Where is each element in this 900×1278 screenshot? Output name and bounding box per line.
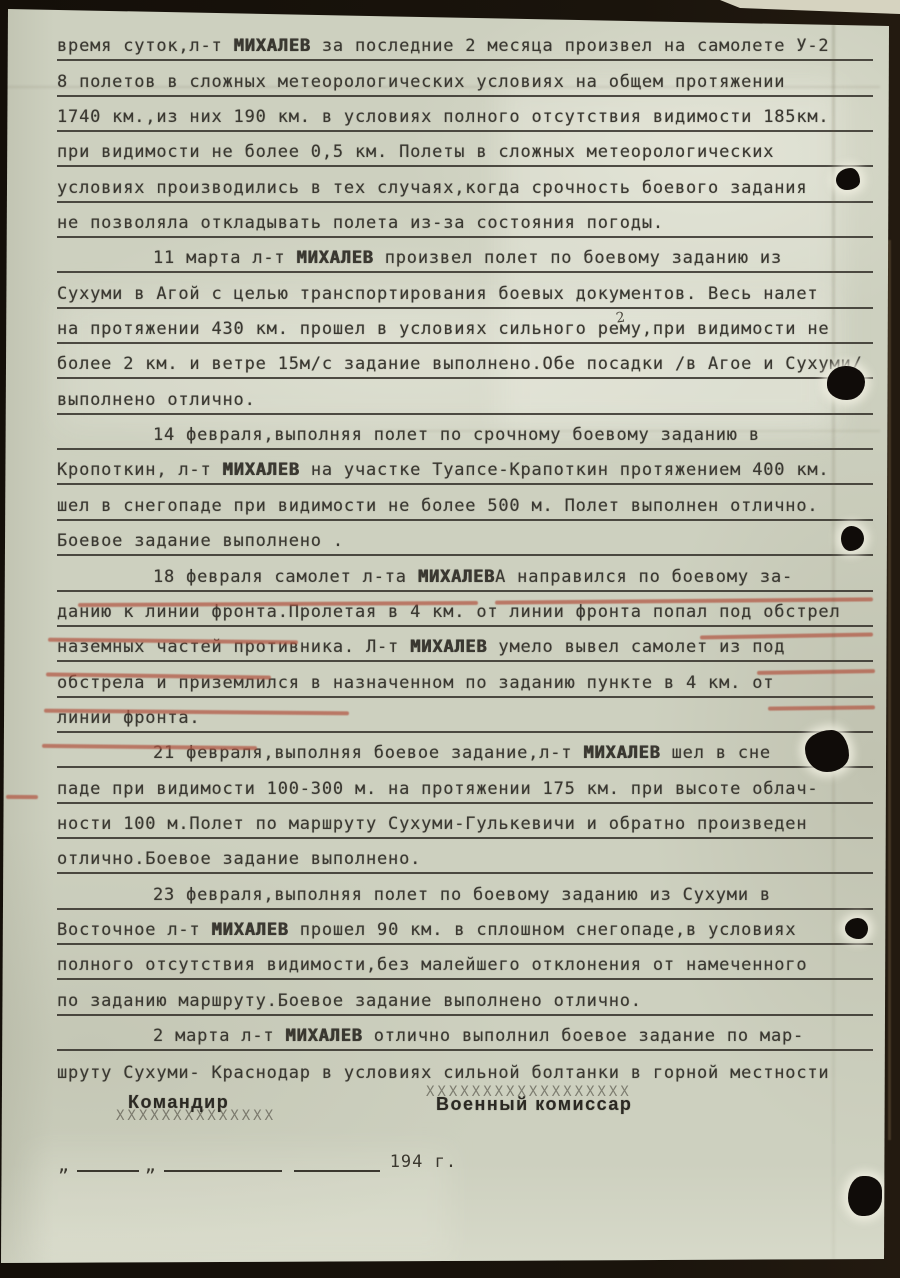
text-line: 8 полетов в сложных метеорологических ус… — [57, 61, 873, 96]
text-line: на протяжении 430 км. прошел в условиях … — [57, 309, 873, 344]
punch-hole — [848, 1176, 882, 1216]
quote-mark: „ — [145, 1160, 156, 1172]
text-line: Боевое задание выполнено . — [57, 521, 873, 556]
text-line: обстрела и приземлился в назначенном по … — [57, 662, 873, 697]
text-line: 18 февраля самолет л-та МИХАЛЕВА направи… — [57, 556, 873, 591]
text-line: 23 февраля,выполняя полет по боевому зад… — [57, 874, 873, 909]
year-placeholder: 194 г. — [390, 1152, 457, 1172]
text-line: 14 февраля,выполняя полет по срочному бо… — [57, 415, 873, 450]
text-line: время суток,л-т МИХАЛЕВ за последние 2 м… — [57, 26, 873, 61]
paper-stack-edge — [888, 240, 891, 1140]
scan-photo: { "colors":{ "background":"#1a140c", "pa… — [0, 0, 900, 1278]
text-line: условиях производились в тех случаях,ког… — [57, 167, 873, 202]
text-line: линии фронта. — [57, 698, 873, 733]
punch-hole — [836, 168, 860, 190]
text-line: выполнено отлично. — [57, 379, 873, 414]
typewritten-text-column: время суток,л-т МИХАЛЕВ за последние 2 м… — [57, 26, 873, 1086]
text-line: отлично.Боевое задание выполнено. — [57, 839, 873, 874]
text-line: ности 100 м.Полет по маршруту Сухуми-Гул… — [57, 804, 873, 839]
text-line: 1740 км.,из них 190 км. в условиях полно… — [57, 97, 873, 132]
text-line: 11 марта л-т МИХАЛЕВ произвел полет по б… — [57, 238, 873, 273]
commander-label: Командир — [128, 1092, 229, 1113]
text-line: более 2 км. и ветре 15м/с задание выполн… — [57, 344, 873, 379]
punch-hole — [827, 366, 865, 400]
text-line: шел в снегопаде при видимости не более 5… — [57, 485, 873, 520]
military-commissar-label: Военный комиссар — [436, 1094, 632, 1115]
text-line: при видимости не более 0,5 км. Полеты в … — [57, 132, 873, 167]
text-line: по заданию маршруту.Боевое задание выпол… — [57, 980, 873, 1015]
blank-rule — [77, 1160, 139, 1172]
text-line: шруту Сухуми- Краснодар в условиях сильн… — [57, 1051, 873, 1086]
signature-block: ХХХХХХХХХХХХХХ Командир ХХХХХХХХХХХХХХХХ… — [0, 1084, 900, 1134]
text-line: полного отсутствия видимости,без малейше… — [57, 945, 873, 980]
text-line: паде при видимости 100-300 м. на протяже… — [57, 768, 873, 803]
punch-hole — [845, 918, 868, 939]
footer-date-line: „ „ 194 г. — [58, 1146, 457, 1172]
text-line: 2 марта л-т МИХАЛЕВ отлично выполнил бое… — [57, 1016, 873, 1051]
blank-rule — [294, 1160, 380, 1172]
document-paper: время суток,л-т МИХАЛЕВ за последние 2 м… — [0, 0, 900, 1278]
red-pencil-underline — [6, 795, 38, 799]
text-line: 21 февраля,выполняя боевое задание,л-т М… — [57, 733, 873, 768]
text-line: Сухуми в Агой с целью транспортирования … — [57, 273, 873, 308]
punch-hole — [805, 730, 849, 772]
quote-mark: „ — [58, 1160, 69, 1172]
blank-rule — [164, 1160, 282, 1172]
text-line: Восточное л-т МИХАЛЕВ прошел 90 км. в сп… — [57, 910, 873, 945]
text-line: Кропоткин, л-т МИХАЛЕВ на участке Туапсе… — [57, 450, 873, 485]
text-line: не позволяла откладывать полета из-за со… — [57, 203, 873, 238]
text-line: данию к линии фронта.Пролетая в 4 км. от… — [57, 592, 873, 627]
text-line: наземных частей противника. Л-т МИХАЛЕВ … — [57, 627, 873, 662]
